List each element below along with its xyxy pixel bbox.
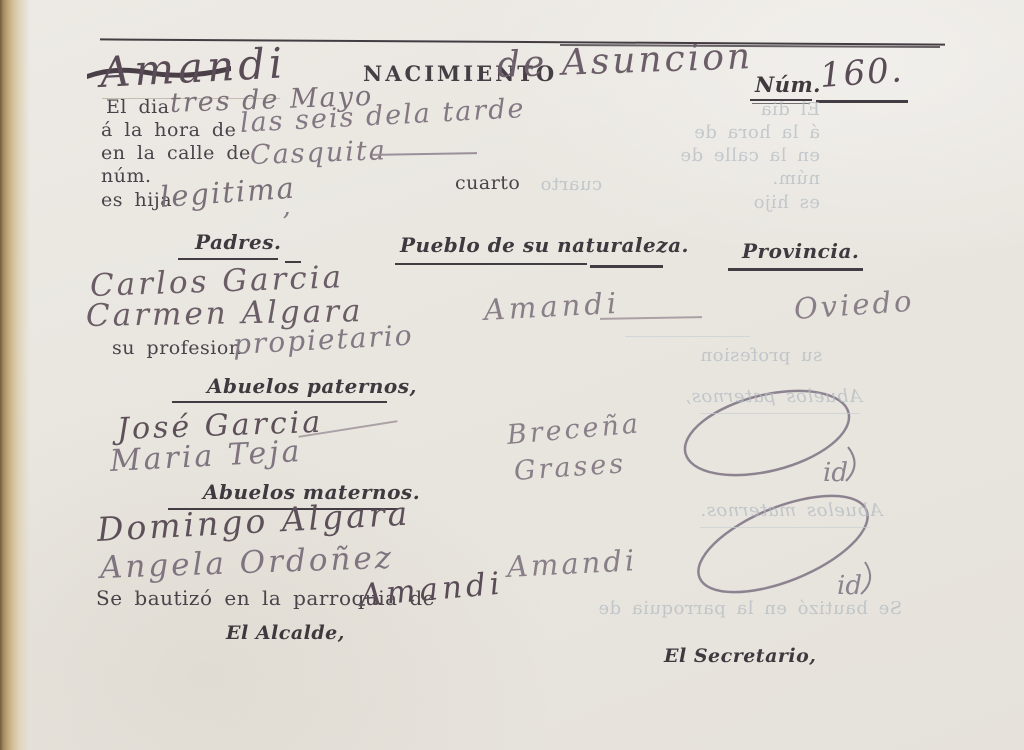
stray-mark: ’ xyxy=(282,208,290,238)
profession-label: su profesion xyxy=(112,337,242,359)
hour-label: á la hora de xyxy=(101,119,236,141)
ghost-num: núm. xyxy=(592,167,820,190)
street-value: Casquita xyxy=(249,135,387,171)
ghost-maternos: Abuelos maternos. xyxy=(700,500,883,521)
ghost-line-2 xyxy=(700,413,860,414)
parents-provincia: Oviedo xyxy=(793,284,916,326)
paternos-underline xyxy=(172,401,387,403)
secretary-signature-label: El Secretario, xyxy=(664,645,816,667)
paternal-gf-pueblo: Breceña xyxy=(506,408,643,451)
num-value: 160. xyxy=(819,50,905,96)
street-value-dash xyxy=(372,152,477,155)
num-value-underline xyxy=(816,100,908,103)
idem-text-maternal: id xyxy=(837,571,862,601)
mayor-signature-label: El Alcalde, xyxy=(226,622,345,644)
book-binding-edge xyxy=(0,0,30,750)
paternos-header: Abuelos paternos, xyxy=(207,374,417,398)
ghost-intro-block: El dia á la hora de en la calle de núm. … xyxy=(592,98,820,215)
paternal-gm-pueblo: Grases xyxy=(513,448,627,487)
ghost-street: en la calle de xyxy=(592,144,820,167)
padres-underline xyxy=(178,258,278,260)
register-page: Amandi NACIMIENTO de Asuncion Núm. 160. … xyxy=(0,0,1024,750)
pueblo-underline2 xyxy=(590,265,663,268)
provincia-header: Provincia. xyxy=(742,239,859,263)
ghost-line-3 xyxy=(700,527,870,528)
ghost-child: es hijo xyxy=(592,190,820,215)
ghost-floor: cuarto xyxy=(540,174,602,195)
day-label: El dia xyxy=(106,96,170,118)
provincia-underline xyxy=(728,268,863,271)
maternal-pueblo: Amandi xyxy=(506,543,638,584)
child-value: legitima xyxy=(159,171,297,214)
maternal-grandmother: Angela Ordoñez xyxy=(99,540,394,586)
num-label: Núm. xyxy=(755,72,821,97)
padres-header: Padres. xyxy=(195,230,281,254)
ghost-hour: á la hora de xyxy=(592,121,820,144)
floor-value: cuarto xyxy=(455,172,520,194)
ghost-day: El dia xyxy=(592,98,820,121)
street-label: en la calle de xyxy=(101,142,251,164)
ghost-profession: su profesion xyxy=(700,345,822,366)
pueblo-header: Pueblo de su naturaleza. xyxy=(400,233,689,257)
child-name-entry: de Asuncion xyxy=(496,36,753,86)
idem-text-paternal: id xyxy=(823,458,848,488)
num-line-label: núm. xyxy=(101,165,152,187)
ghost-line-1 xyxy=(625,336,750,337)
pueblo-underline xyxy=(395,263,587,265)
parents-pueblo: Amandi xyxy=(483,286,621,327)
ghost-paternos: Abuelos paternos, xyxy=(685,386,862,407)
ghost-baptism: Se bautizó en la parroquia de xyxy=(598,598,902,619)
